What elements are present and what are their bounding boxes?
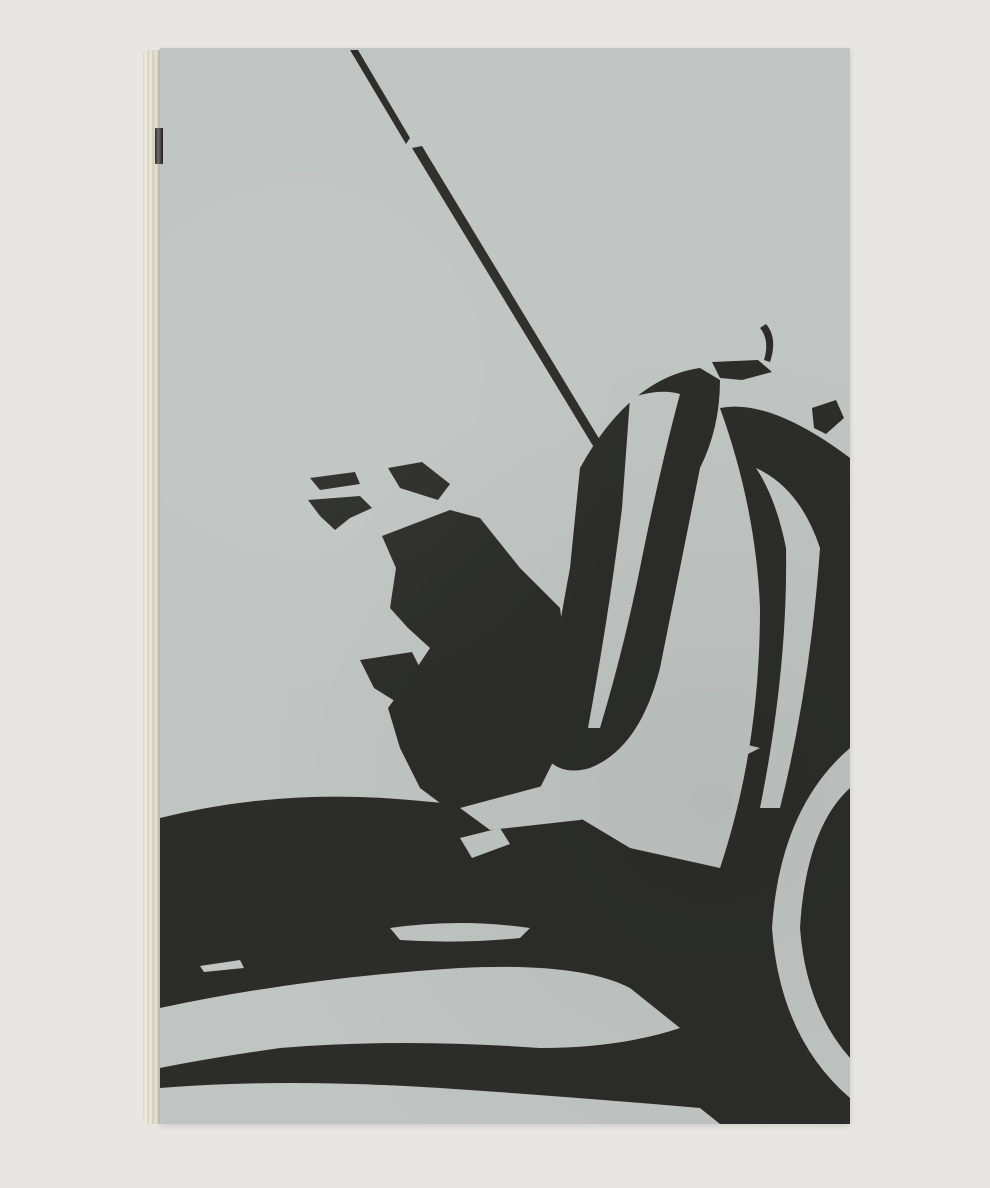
lamp-top-right (388, 462, 450, 500)
photo-backdrop (0, 0, 990, 1188)
booklet-cover (160, 48, 850, 1124)
road-band (160, 797, 720, 1124)
staple (155, 128, 163, 164)
lamp-top (310, 472, 360, 490)
headlamp-stalk (760, 324, 773, 362)
cover-artwork (160, 48, 850, 1124)
side-lamp (812, 400, 844, 434)
lamp-brim (308, 496, 372, 530)
aerial-line (350, 50, 612, 464)
headlamp-cap (712, 360, 772, 380)
